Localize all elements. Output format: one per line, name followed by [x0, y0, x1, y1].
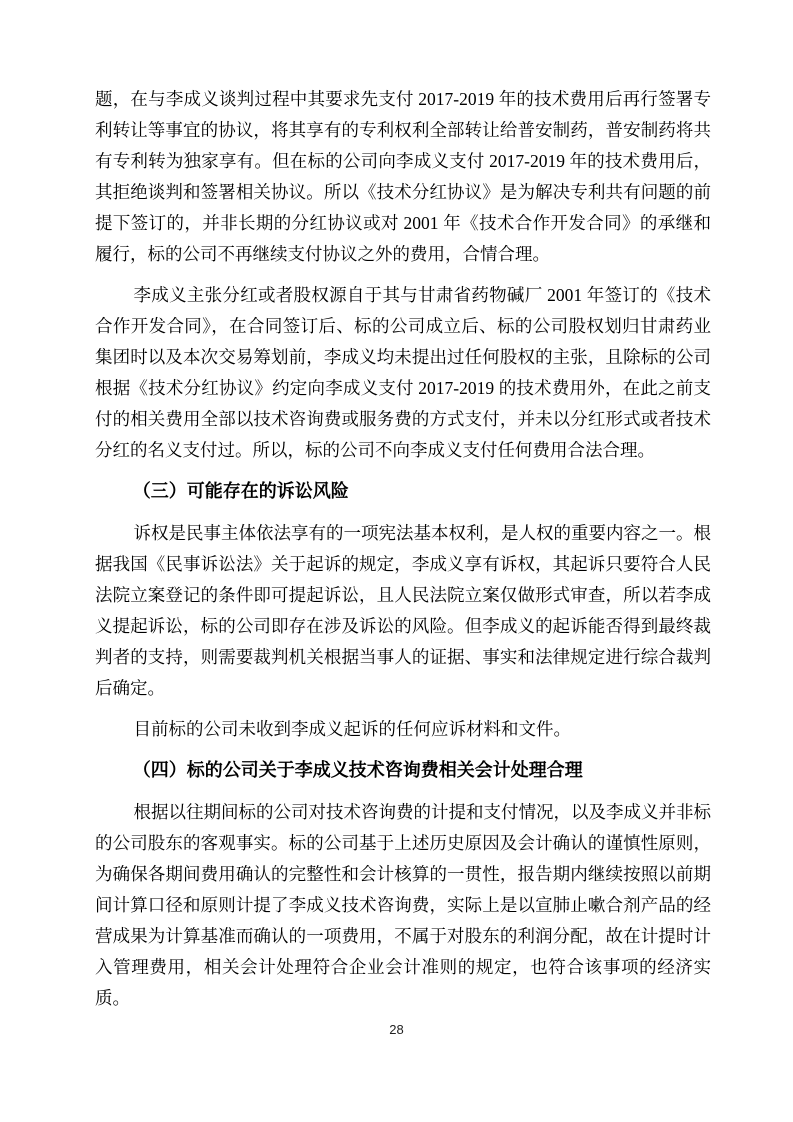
paragraph-no-lawsuit-received: 目前标的公司未收到李成义起诉的任何应诉材料和文件。 — [95, 714, 711, 745]
page-content: 题，在与李成义谈判过程中其要求先支付 2017-2019 年的技术费用后再行签署… — [95, 84, 711, 1024]
page-number: 28 — [0, 1022, 793, 1038]
section-heading-3-litigation-risk: （三）可能存在的诉讼风险 — [95, 476, 711, 507]
paragraph-litigation-right: 诉权是民事主体依法享有的一项宪法基本权利，是人权的重要内容之一。根据我国《民事诉… — [95, 518, 711, 704]
paragraph-continuation: 题，在与李成义谈判过程中其要求先支付 2017-2019 年的技术费用后再行签署… — [95, 84, 711, 270]
paragraph-dividend-claim: 李成义主张分红或者股权源自于其与甘肃省药物碱厂 2001 年签订的《技术合作开发… — [95, 280, 711, 466]
section-heading-4-accounting-treatment: （四）标的公司关于李成义技术咨询费相关会计处理合理 — [95, 755, 711, 786]
paragraph-accounting-treatment: 根据以往期间标的公司对技术咨询费的计提和支付情况，以及李成义并非标的公司股东的客… — [95, 797, 711, 1014]
document-page: 题，在与李成义谈判过程中其要求先支付 2017-2019 年的技术费用后再行签署… — [0, 0, 793, 1122]
